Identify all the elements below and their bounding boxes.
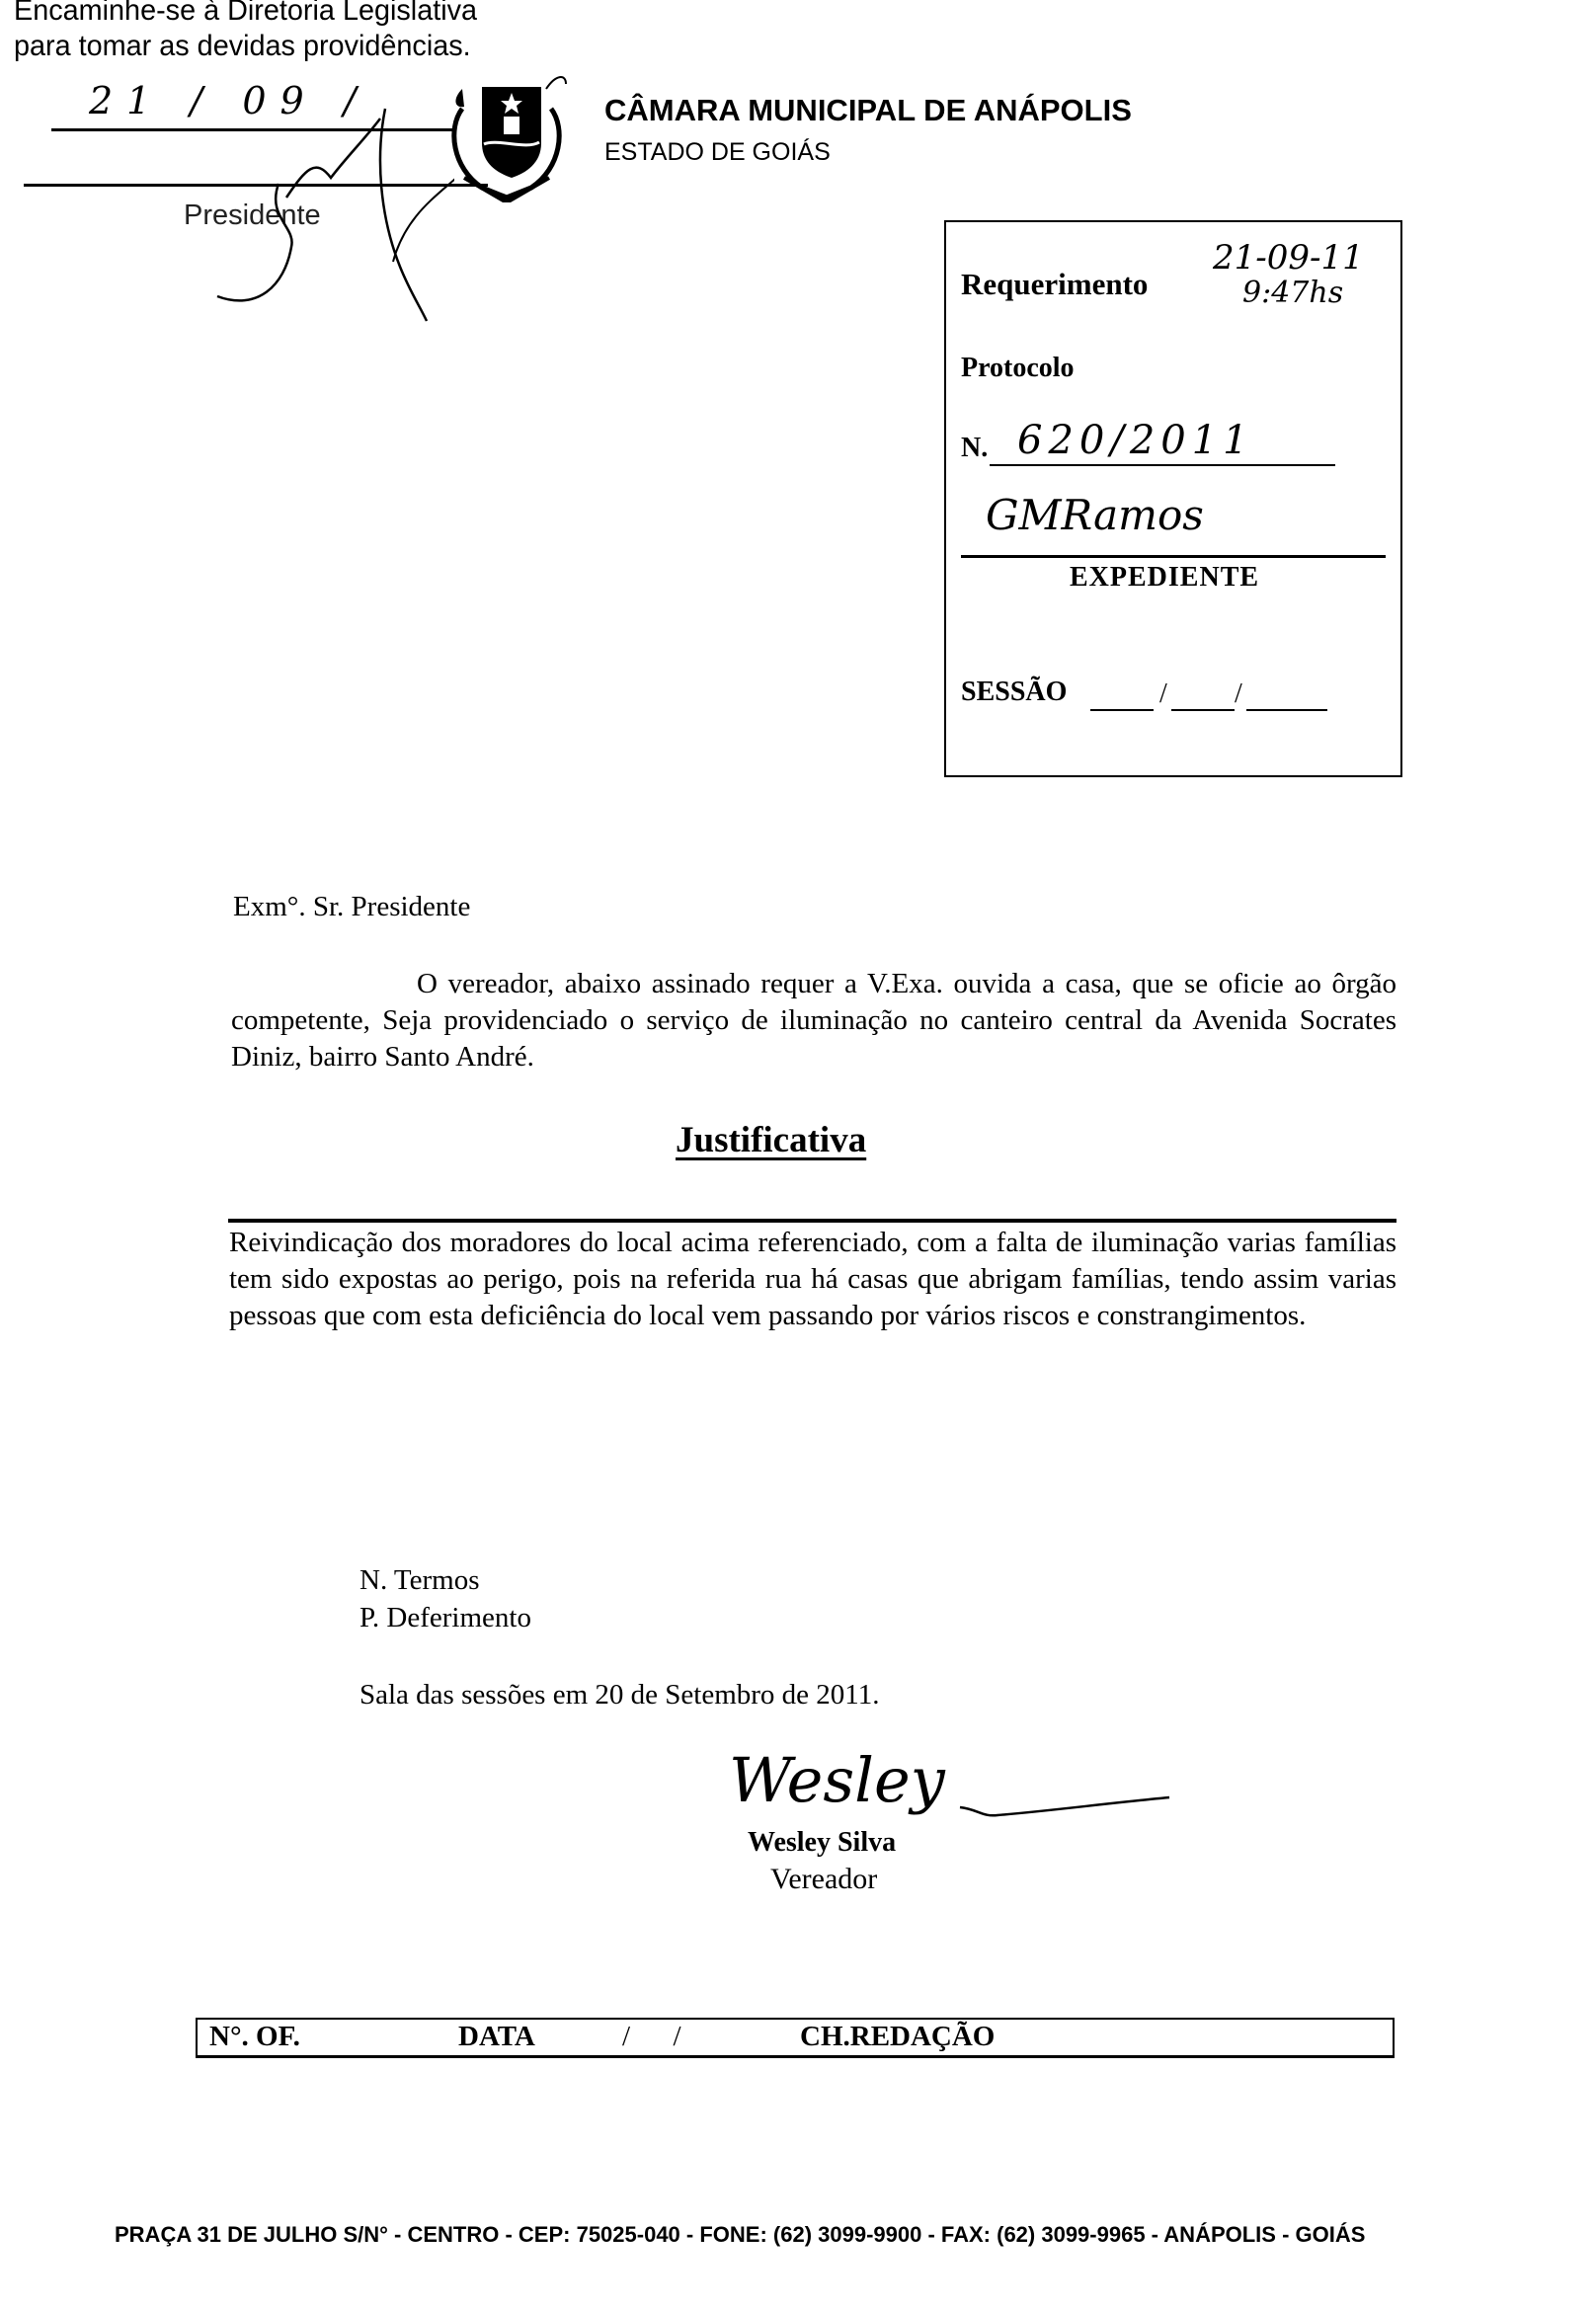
place-and-date: Sala das sessões em 20 de Setembro de 20… [359,1677,879,1713]
expediente-label: EXPEDIENTE [1070,562,1259,594]
justification-heading: Justificativa [676,1119,866,1161]
salutation: Exm°. Sr. Presidente [233,889,470,925]
session-month-blank [1171,709,1235,711]
protocol-number-handwritten: 620/2011 [1017,418,1254,463]
request-paragraph: O vereador, abaixo assinado requer a V.E… [231,966,1396,1075]
protocol-box: Requerimento 21-09-11 9:47hs Protocolo N… [944,220,1402,777]
redaction-label: CH.REDAÇÃO [800,2021,995,2053]
dispatch-stamp-line-2: para tomar as devidas providências. [14,30,471,63]
signer-name: Wesley Silva [748,1827,896,1859]
closing-line-2: P. Deferimento [359,1600,531,1636]
coat-of-arms-icon [442,69,571,202]
session-slash-1: / [1159,678,1167,710]
clerk-signature: GMRamos [986,491,1204,539]
justification-rule [228,1219,1396,1223]
session-day-blank [1090,709,1154,711]
request-type-label: Requerimento [961,267,1148,302]
office-number-label: N°. OF. [209,2021,300,2053]
session-slash-2: / [1235,678,1242,710]
closing-line-1: N. Termos [359,1562,479,1599]
institution-name: CÂMARA MUNICIPAL DE ANÁPOLIS [604,93,1132,128]
councillor-signature: Wesley [729,1744,945,1816]
justification-paragraph: Reivindicação dos moradores do local aci… [229,1225,1396,1334]
expediente-rule [961,555,1386,558]
signer-title: Vereador [770,1863,877,1896]
protocol-label: Protocolo [961,353,1075,384]
institution-state: ESTADO DE GOIÁS [604,138,831,167]
protocol-number-rule [990,464,1335,466]
session-label: SESSÃO [961,677,1067,708]
address-footer: PRAÇA 31 DE JULHO S/N° - CENTRO - CEP: 7… [115,2222,1365,2248]
president-signature-scribble [198,99,454,326]
office-date-blank: / / [622,2021,681,2053]
office-date-label: DATA [458,2021,535,2053]
office-record-bar: N°. OF. DATA / / CH.REDAÇÃO [196,2018,1395,2058]
received-time-handwritten: 9:47hs [1242,276,1343,310]
session-year-blank [1246,709,1327,711]
signature-tail-stroke [958,1788,1175,1827]
dispatch-stamp-line-1: Encaminhe-se à Diretoria Legislativa [14,0,477,28]
protocol-number-prefix: N. [961,433,988,464]
received-date-handwritten: 21-09-11 [1213,238,1364,278]
